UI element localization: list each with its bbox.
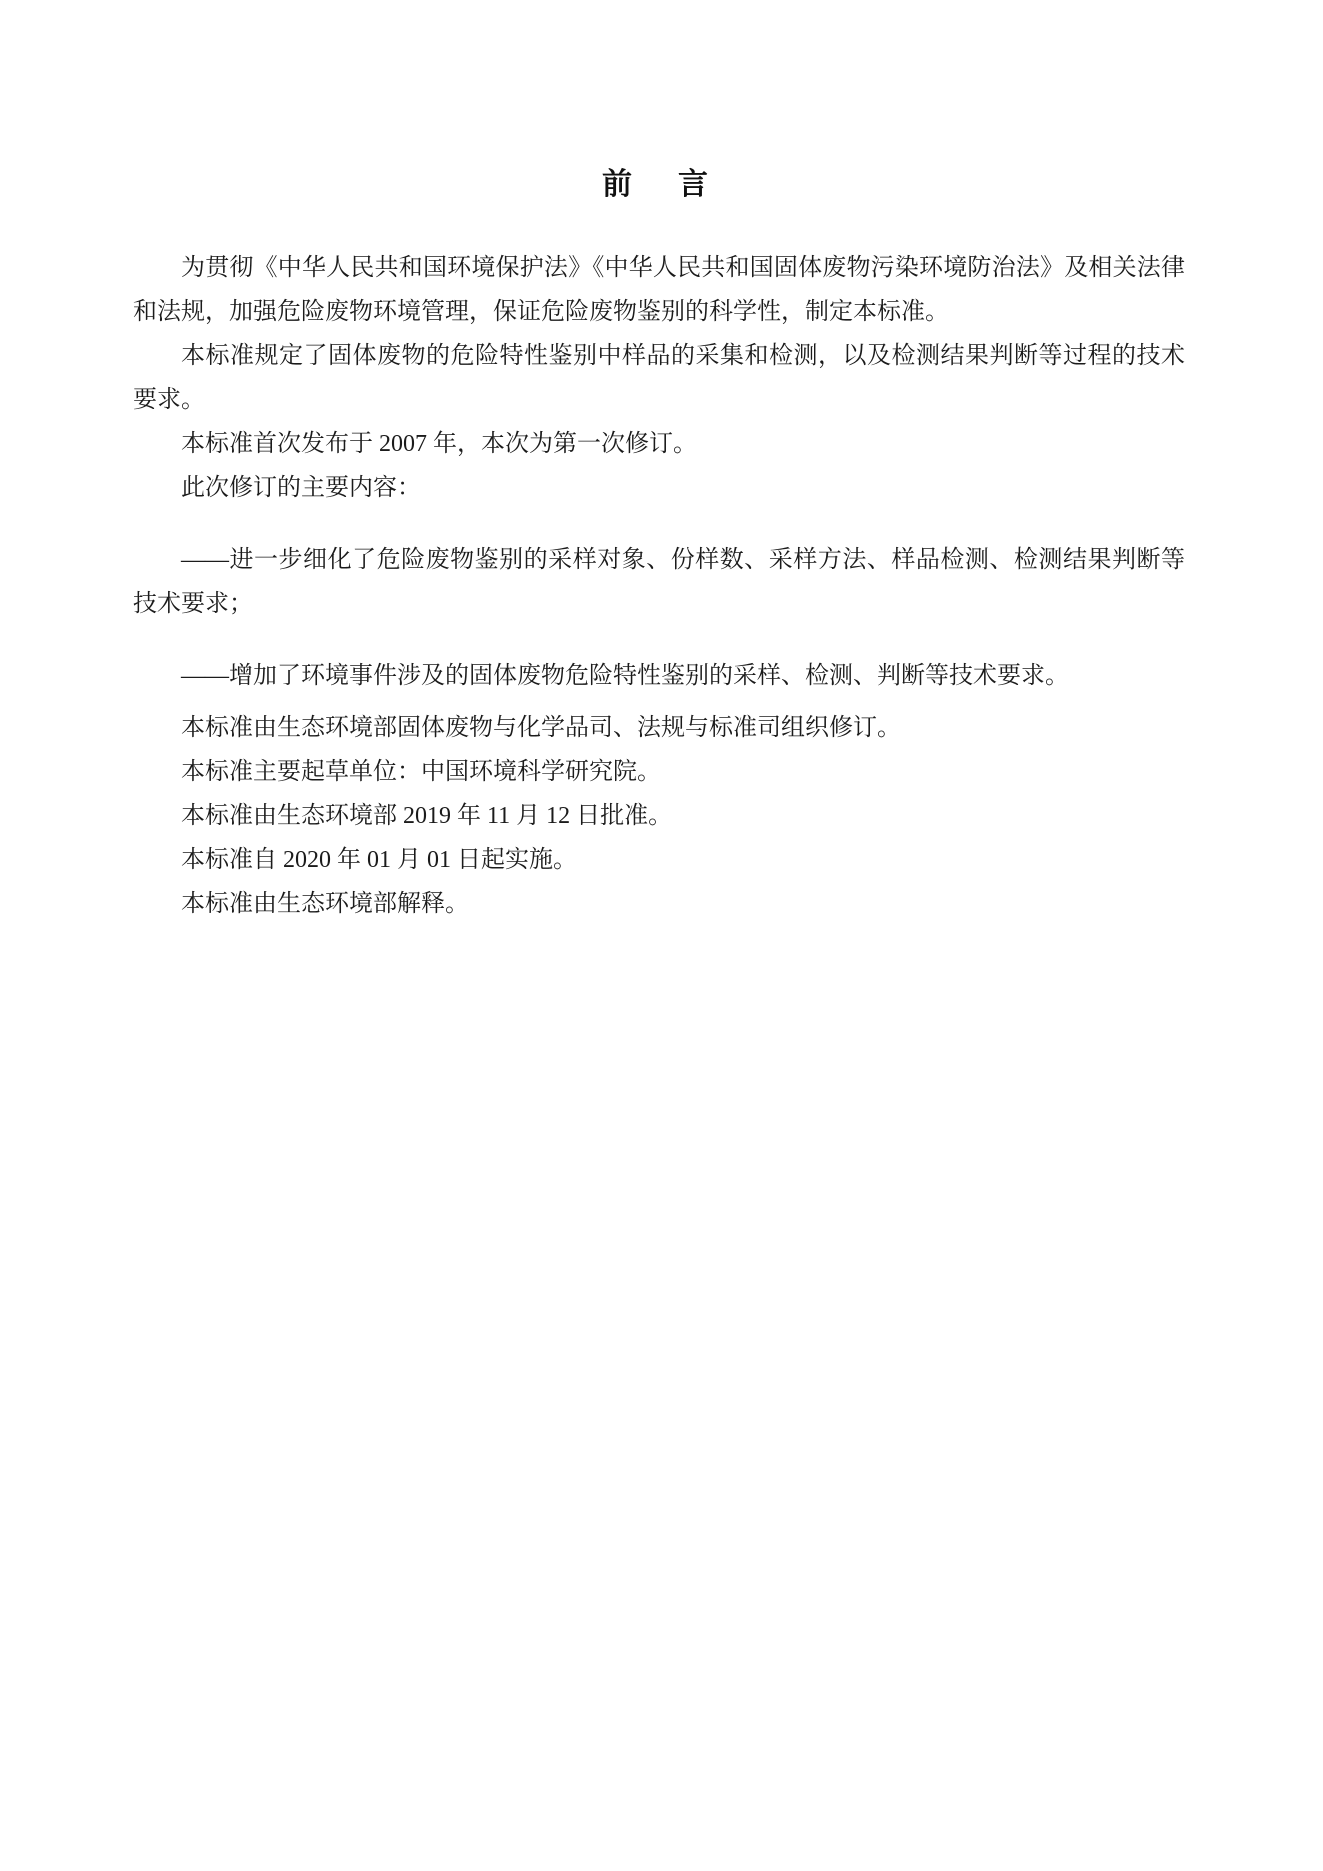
paragraph: 本标准主要起草单位：中国环境科学研究院。 xyxy=(133,750,1185,794)
paragraph: 此次修订的主要内容： xyxy=(133,466,1185,510)
paragraph: 本标准由生态环境部固体废物与化学品司、法规与标准司组织修订。 xyxy=(133,706,1185,750)
text-line: 要求。 xyxy=(133,378,1185,422)
paragraph: 本标准由生态环境部 2019 年 11 月 12 日批准。 xyxy=(133,794,1185,838)
text-line: 本标准主要起草单位：中国环境科学研究院。 xyxy=(133,750,1185,794)
text-line: 和法规，加强危险废物环境管理，保证危险废物鉴别的科学性，制定本标准。 xyxy=(133,290,1185,334)
paragraph: 本标准规定了固体废物的危险特性鉴别中样品的采集和检测，以及检测结果判断等过程的技… xyxy=(133,334,1185,422)
text-line: 本标准由生态环境部 2019 年 11 月 12 日批准。 xyxy=(133,794,1185,838)
text-line: 技术要求； xyxy=(133,582,1185,626)
document-page: 前 言 为贯彻《中华人民共和国环境保护法》《中华人民共和国固体废物污染环境防治法… xyxy=(0,0,1323,1871)
text-line: 本标准由生态环境部固体废物与化学品司、法规与标准司组织修订。 xyxy=(133,706,1185,750)
paragraph: 为贯彻《中华人民共和国环境保护法》《中华人民共和国固体废物污染环境防治法》及相关… xyxy=(133,246,1185,334)
paragraph: 本标准首次发布于 2007 年，本次为第一次修订。 xyxy=(133,422,1185,466)
text-line: 本标准自 2020 年 01 月 01 日起实施。 xyxy=(133,838,1185,882)
text-line: 此次修订的主要内容： xyxy=(133,466,1185,510)
paragraph: 本标准由生态环境部解释。 xyxy=(133,882,1185,926)
text-line: 本标准规定了固体废物的危险特性鉴别中样品的采集和检测，以及检测结果判断等过程的技… xyxy=(133,334,1185,378)
paragraph-revision-item: ——进一步细化了危险废物鉴别的采样对象、份样数、采样方法、样品检测、检测结果判断… xyxy=(133,538,1185,626)
paragraph-revision-item: ——增加了环境事件涉及的固体废物危险特性鉴别的采样、检测、判断等技术要求。 xyxy=(133,654,1185,698)
text-line: ——增加了环境事件涉及的固体废物危险特性鉴别的采样、检测、判断等技术要求。 xyxy=(133,654,1185,698)
text-line: 为贯彻《中华人民共和国环境保护法》《中华人民共和国固体废物污染环境防治法》及相关… xyxy=(133,246,1185,290)
paragraph: 本标准自 2020 年 01 月 01 日起实施。 xyxy=(133,838,1185,882)
text-line: 本标准首次发布于 2007 年，本次为第一次修订。 xyxy=(133,422,1185,466)
document-title: 前 言 xyxy=(133,166,1185,204)
text-line: ——进一步细化了危险废物鉴别的采样对象、份样数、采样方法、样品检测、检测结果判断… xyxy=(133,538,1185,582)
text-line: 本标准由生态环境部解释。 xyxy=(133,882,1185,926)
